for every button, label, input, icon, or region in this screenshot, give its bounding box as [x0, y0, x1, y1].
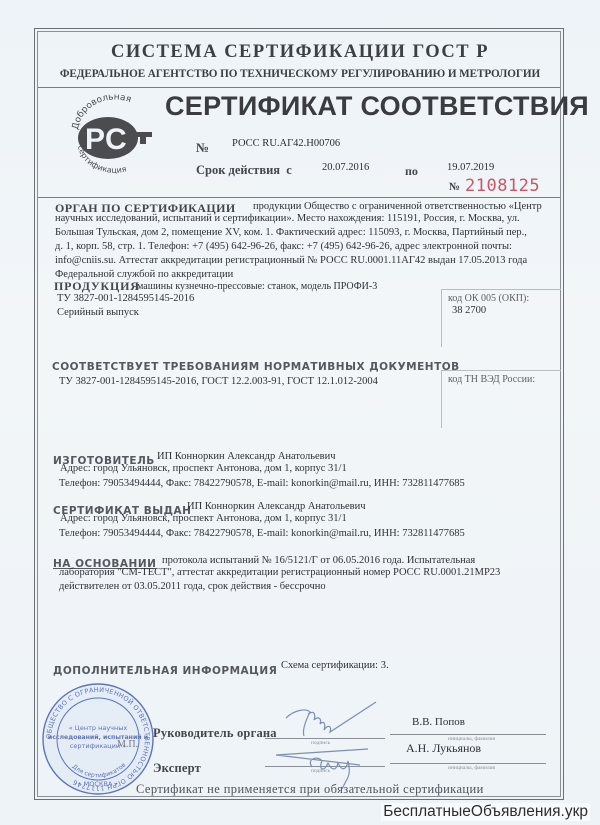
- footer-notice: Сертификат не применяется при обязательн…: [136, 782, 484, 797]
- certificate-title: СЕРТИФИКАТ СООТВЕТСТВИЯ: [165, 91, 589, 122]
- valid-from: 20.07.2016: [322, 162, 369, 173]
- tnved-code: [442, 385, 561, 386]
- watermark: БесплатныеОбъявления.укр: [381, 803, 590, 821]
- agency-title: ФЕДЕРАЛЬНОЕ АГЕНТСТВО ПО ТЕХНИЧЕСКОМУ РЕ…: [0, 68, 600, 80]
- certification-body-line-4: д. 1, корп. 58, стр. 1. Телефон: +7 (495…: [55, 240, 512, 254]
- issued-to-contacts: Телефон: 79053494444, Факс: 78422790578,…: [59, 527, 465, 541]
- tnved-caption: код ТН ВЭД России:: [442, 371, 561, 385]
- product-release: Серийный выпуск: [57, 306, 139, 320]
- expert-label: Эксперт: [153, 761, 201, 776]
- number-sign: №: [196, 140, 209, 156]
- svg-text:• МОСКВА •: • МОСКВА •: [78, 780, 119, 788]
- additional-info-label: ДОПОЛНИТЕЛЬНАЯ ИНФОРМАЦИЯ: [53, 665, 277, 677]
- blank-serial-number: 2108125: [465, 176, 540, 196]
- manufacturer-contacts: Телефон: 79053494444, Факс: 78422790578,…: [59, 477, 465, 491]
- certificate-page: СИСТЕМА СЕРТИФИКАЦИИ ГОСТ Р ФЕДЕРАЛЬНОЕ …: [0, 0, 600, 825]
- blank-number-sign: №: [449, 181, 460, 193]
- additional-info-text: Схема сертификации: 3.: [281, 659, 389, 673]
- head-name: В.В. Попов: [412, 715, 465, 729]
- svg-text:« Центр научных: « Центр научных: [69, 724, 128, 732]
- manufacturer-address: Адрес: город Ульяновск, проспект Антонов…: [60, 462, 347, 476]
- head-name-line: [390, 734, 546, 735]
- okp-code: 38 2700: [442, 304, 561, 316]
- expert-name-line: [390, 763, 546, 764]
- head-label: Руководитель органа: [153, 726, 277, 741]
- certification-body-line-5: info@cniis.su. Аттестат аккредитации рег…: [55, 254, 527, 268]
- to-label: по: [405, 164, 418, 179]
- rst-logo-icon: Добровольная PC сертификация: [64, 92, 164, 178]
- certification-body-line-3: Большая Тульская, дом 2, помещение XV, к…: [55, 226, 527, 240]
- validity-label: Срок действия с: [196, 163, 292, 178]
- valid-to: 19.07.2019: [447, 162, 494, 173]
- certificate-number: РОСС RU.АГ42.Н00706: [232, 138, 340, 149]
- section-divider: [38, 197, 560, 198]
- basis-line-3: действителен от 03.05.2011 года, срок де…: [59, 580, 326, 594]
- product-spec: ТУ 3827-001-1284595145-2016: [57, 292, 194, 306]
- compliance-label: СООТВЕТСТВУЕТ ТРЕБОВАНИЯМ НОРМАТИВНЫХ ДО…: [52, 361, 460, 373]
- okp-code-box: код ОК 005 (ОКП): 38 2700: [441, 289, 561, 347]
- issued-to-address: Адрес: город Ульяновск, проспект Антонов…: [60, 512, 347, 526]
- tnved-code-box: код ТН ВЭД России:: [441, 370, 561, 428]
- head-signature: [280, 700, 380, 742]
- header-divider: [38, 87, 560, 88]
- certification-body-line-2: научных исследований, испытаний и сертиф…: [55, 212, 520, 226]
- organization-stamp-icon: ОБЩЕСТВО С ОГРАНИЧЕННОЙ ОТВЕТСТВЕННОСТЬЮ…: [41, 682, 155, 796]
- compliance-documents: ТУ 3827-001-1284595145-2016, ГОСТ 12.2.0…: [59, 375, 378, 389]
- okp-caption: код ОК 005 (ОКП):: [442, 290, 561, 304]
- basis-line-2: лаборатория "СМ-ТЕСТ", аттестат аккредит…: [59, 566, 500, 580]
- svg-text:сертификации »: сертификации »: [70, 742, 126, 750]
- svg-text:PC: PC: [85, 123, 127, 156]
- expert-name: А.Н. Лукьянов: [406, 741, 481, 755]
- system-title: СИСТЕМА СЕРТИФИКАЦИИ ГОСТ Р: [0, 42, 600, 63]
- expert-name-caption: инициалы, фамилия: [448, 765, 495, 771]
- svg-text:исследований, испытаний и: исследований, испытаний и: [48, 733, 148, 741]
